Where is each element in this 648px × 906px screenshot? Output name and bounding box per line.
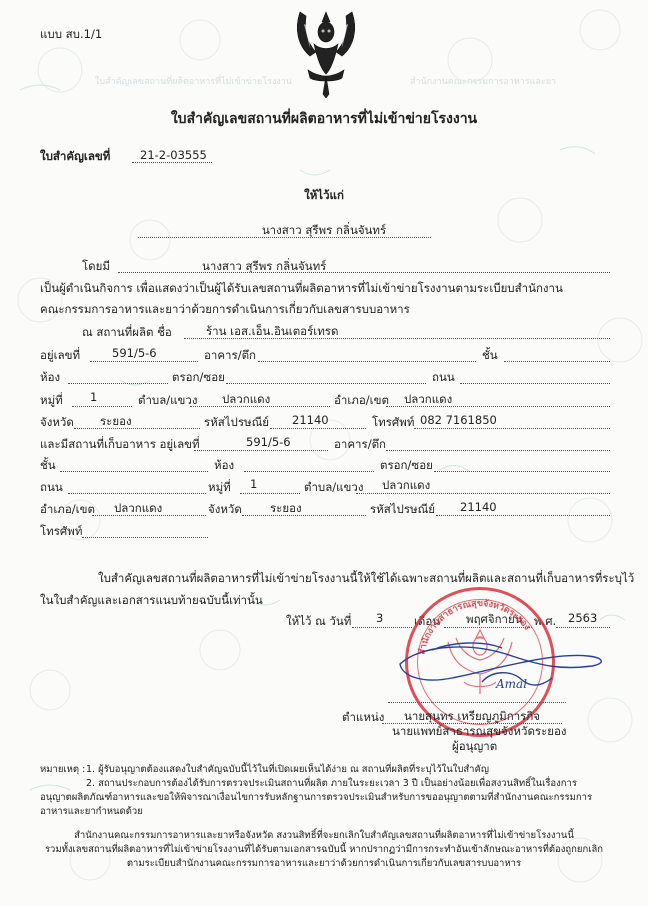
road-label: ถนน: [432, 370, 455, 384]
certificate-number: 21-2-03555: [140, 148, 207, 162]
district-label: อำเภอ/เขต: [334, 393, 389, 407]
document-title: ใบสำคัญเลขสถานที่ผลิตอาหารที่ไม่เข้าข่าย…: [0, 108, 648, 130]
storage-district: ปลวกแดง: [114, 500, 162, 518]
signatory-title: นายแพทย์สาธารณสุขจังหวัดระยอง: [392, 724, 567, 738]
postal-label: รหัสไปรษณีย์: [204, 415, 269, 429]
storage-floor-label: ชั้น: [40, 458, 56, 472]
note-item2-line1: 2. สถานประกอบการต้องได้รับการตรวจประเมิน…: [86, 777, 577, 790]
alley-label: ตรอก/ซอย: [172, 370, 225, 384]
moo: 1: [90, 390, 97, 404]
note-item1: 1. ผู้รับอนุญาตต้องแสดงใบสำคัญฉบับนี้ไว้…: [86, 763, 489, 776]
issue-day: 3: [376, 611, 383, 625]
district: ปลวกแดง: [404, 391, 452, 409]
moo-label: หมู่ที่: [40, 393, 63, 407]
validity-line1: ใบสำคัญเลขสถานที่ผลิตอาหารที่ไม่เข้าข่าย…: [98, 571, 634, 585]
storage-building-label: อาคาร/ตึก: [334, 437, 386, 451]
storage-moo: 1: [250, 477, 257, 491]
form-code: แบบ สบ.1/1: [40, 27, 102, 41]
footer-line2: รวมทั้งเลขสถานที่ผลิตอาหารที่ไม่เข้าข่าย…: [0, 843, 648, 857]
granted-to-heading: ให้ไว้แก่: [0, 188, 648, 202]
footer-line1: สำนักงานคณะกรรมการอาหารและยาหรือจังหวัด …: [0, 829, 648, 843]
svg-text:สำนักงานคณะกรรมการอาหารและยา: สำนักงานคณะกรรมการอาหารและยา: [410, 76, 556, 87]
province-label: จังหวัด: [40, 415, 74, 429]
storage-postal: 21140: [460, 500, 497, 514]
issue-year: 2563: [568, 611, 597, 625]
grantee-name: นางสาว สุรีพร กลิ่นจันทร์: [0, 222, 648, 240]
production-site-name: ร้าน เอส.เอ็น.อินเตอร์เทรด: [206, 323, 338, 341]
storage-road-label: ถนน: [40, 480, 63, 494]
storage-alley-label: ตรอก/ซอย: [380, 458, 433, 472]
phone: 082 7161850: [420, 413, 497, 427]
storage-address-no: 591/5-6: [246, 435, 291, 449]
storage-intro-label: และมีสถานที่เก็บอาหาร อยู่เลขที่: [40, 437, 200, 451]
storage-subdistrict-label: ตำบล/แขวง: [304, 480, 364, 494]
validity-line2: ในใบสำคัญและเอกสารแนบท้ายฉบับนี้เท่านั้น: [40, 593, 263, 607]
issue-date-label: ให้ไว้ ณ วันที่: [286, 614, 351, 628]
building-label: อาคาร/ตึก: [204, 348, 256, 362]
storage-subdistrict: ปลวกแดง: [382, 477, 430, 495]
footer-line3: ตามระเบียบสำนักงานคณะกรรมการอาหารและยาว่…: [0, 857, 648, 871]
subdistrict: ปลวกแดง: [222, 391, 270, 409]
operator-text-line2: คณะกรรมการอาหารและยาว่าด้วยการดำเนินการเ…: [40, 302, 410, 316]
province: ระยอง: [100, 413, 132, 431]
postal: 21140: [292, 413, 329, 427]
note-item2-line2: อนุญาตผลิตภัณฑ์อาหารและขอให้พิจารณาเงื่อ…: [40, 791, 592, 804]
notes-label: หมายเหตุ :: [40, 763, 85, 776]
address-no: 591/5-6: [112, 346, 157, 360]
position-label: ตำแหน่ง: [342, 710, 384, 724]
room-label: ห้อง: [40, 370, 60, 384]
svg-text:Amal: Amal: [495, 677, 527, 691]
garuda-emblem-icon: [292, 4, 360, 98]
storage-postal-label: รหัสไปรษณีย์: [370, 502, 435, 516]
storage-room-label: ห้อง: [214, 458, 234, 472]
storage-phone-label: โทรศัพท์: [40, 524, 82, 538]
certificate-number-label: ใบสำคัญเลขที่: [40, 149, 110, 163]
operator-text-line1: เป็นผู้ดำเนินกิจการ เพื่อแสดงว่าเป็นผู้ไ…: [40, 281, 563, 295]
address-no-label: อยู่เลขที่: [40, 348, 80, 362]
by-label: โดยมี: [82, 259, 110, 273]
storage-moo-label: หมู่ที่: [208, 480, 231, 494]
svg-text:ใบสำคัญเลขสถานที่ผลิตอาหารที่ไ: ใบสำคัญเลขสถานที่ผลิตอาหารที่ไม่เข้าข่าย…: [95, 74, 292, 87]
signature: Amal: [392, 630, 612, 700]
operator-name: นางสาว สุรีพร กลิ่นจันทร์: [202, 258, 326, 276]
storage-province: ระยอง: [270, 500, 302, 518]
subdistrict-label: ตำบล/แขวง: [138, 393, 198, 407]
phone-label: โทรศัพท์: [372, 415, 414, 429]
signatory-role: ผู้อนุญาต: [452, 739, 497, 753]
production-site-name-label: ณ สถานที่ผลิต ชื่อ: [82, 325, 172, 339]
note-item2-line3: อาหารและยากำหนดด้วย: [40, 805, 143, 818]
storage-district-label: อำเภอ/เขต: [40, 502, 95, 516]
floor-label: ชั้น: [482, 348, 498, 362]
storage-province-label: จังหวัด: [208, 502, 242, 516]
